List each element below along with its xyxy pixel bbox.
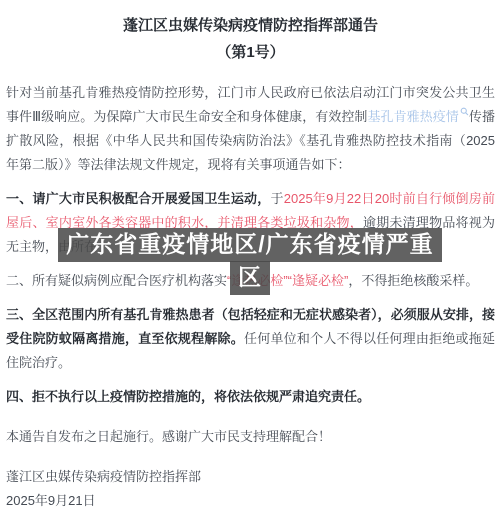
intro-paragraph: 针对当前基孔肯雅热疫情防控形势，江门市人民政府已依法启动江门市突发公共卫生事件Ⅲ…	[6, 81, 495, 177]
keyword-link[interactable]: 基孔肯雅热疫情	[367, 109, 468, 124]
notice-item-3: 三、全区范围内所有基孔肯雅热患者（包括轻症和无症状感染者），必须服从安排，接受住…	[6, 303, 495, 375]
notice-item-4: 四、拒不执行以上疫情防控措施的，将依法依规严肃追究责任。	[6, 385, 495, 409]
search-icon	[460, 107, 469, 116]
item-1-lead: 一、请广大市民积极配合开展爱国卫生运动，	[6, 191, 271, 206]
item-1-mid: 于	[271, 191, 284, 206]
issuer-line: 蓬江区虫媒传染病疫情防控指挥部	[6, 465, 495, 489]
notice-document: 蓬江区虫媒传染病疫情防控指挥部通告 （第1号） 针对当前基孔肯雅热疫情防控形势，…	[0, 0, 500, 509]
keyword-link-text: 基孔肯雅热疫情	[367, 109, 458, 124]
closing-line: 本通告自发布之日起施行。感谢广大市民支持理解配合！	[6, 425, 495, 449]
notice-title: 蓬江区虫媒传染病疫情防控指挥部通告	[6, 14, 495, 38]
notice-number: （第1号）	[6, 41, 495, 65]
notice-item-1: 一、请广大市民积极配合开展爱国卫生运动，于2025年9月22日20时前自行倾倒房…	[6, 187, 495, 259]
date-line: 2025年9月21日	[6, 489, 495, 509]
item-2-rest: ，不得拒绝核酸采样。	[348, 273, 478, 288]
notice-item-2: 二、所有疑似病例应配合医疗机构落实“逢热必检”“逢疑必检”，不得拒绝核酸采样。	[6, 269, 495, 293]
item-2-lead: 二、所有疑似病例应配合医疗机构落实	[6, 273, 227, 288]
item-2-highlight: “逢热必检”“逢疑必检”	[227, 273, 348, 288]
signature-block: 蓬江区虫媒传染病疫情防控指挥部 2025年9月21日	[6, 465, 495, 509]
item-4-lead: 四、拒不执行以上疫情防控措施的，将依法依规严肃追究责任。	[6, 389, 370, 404]
